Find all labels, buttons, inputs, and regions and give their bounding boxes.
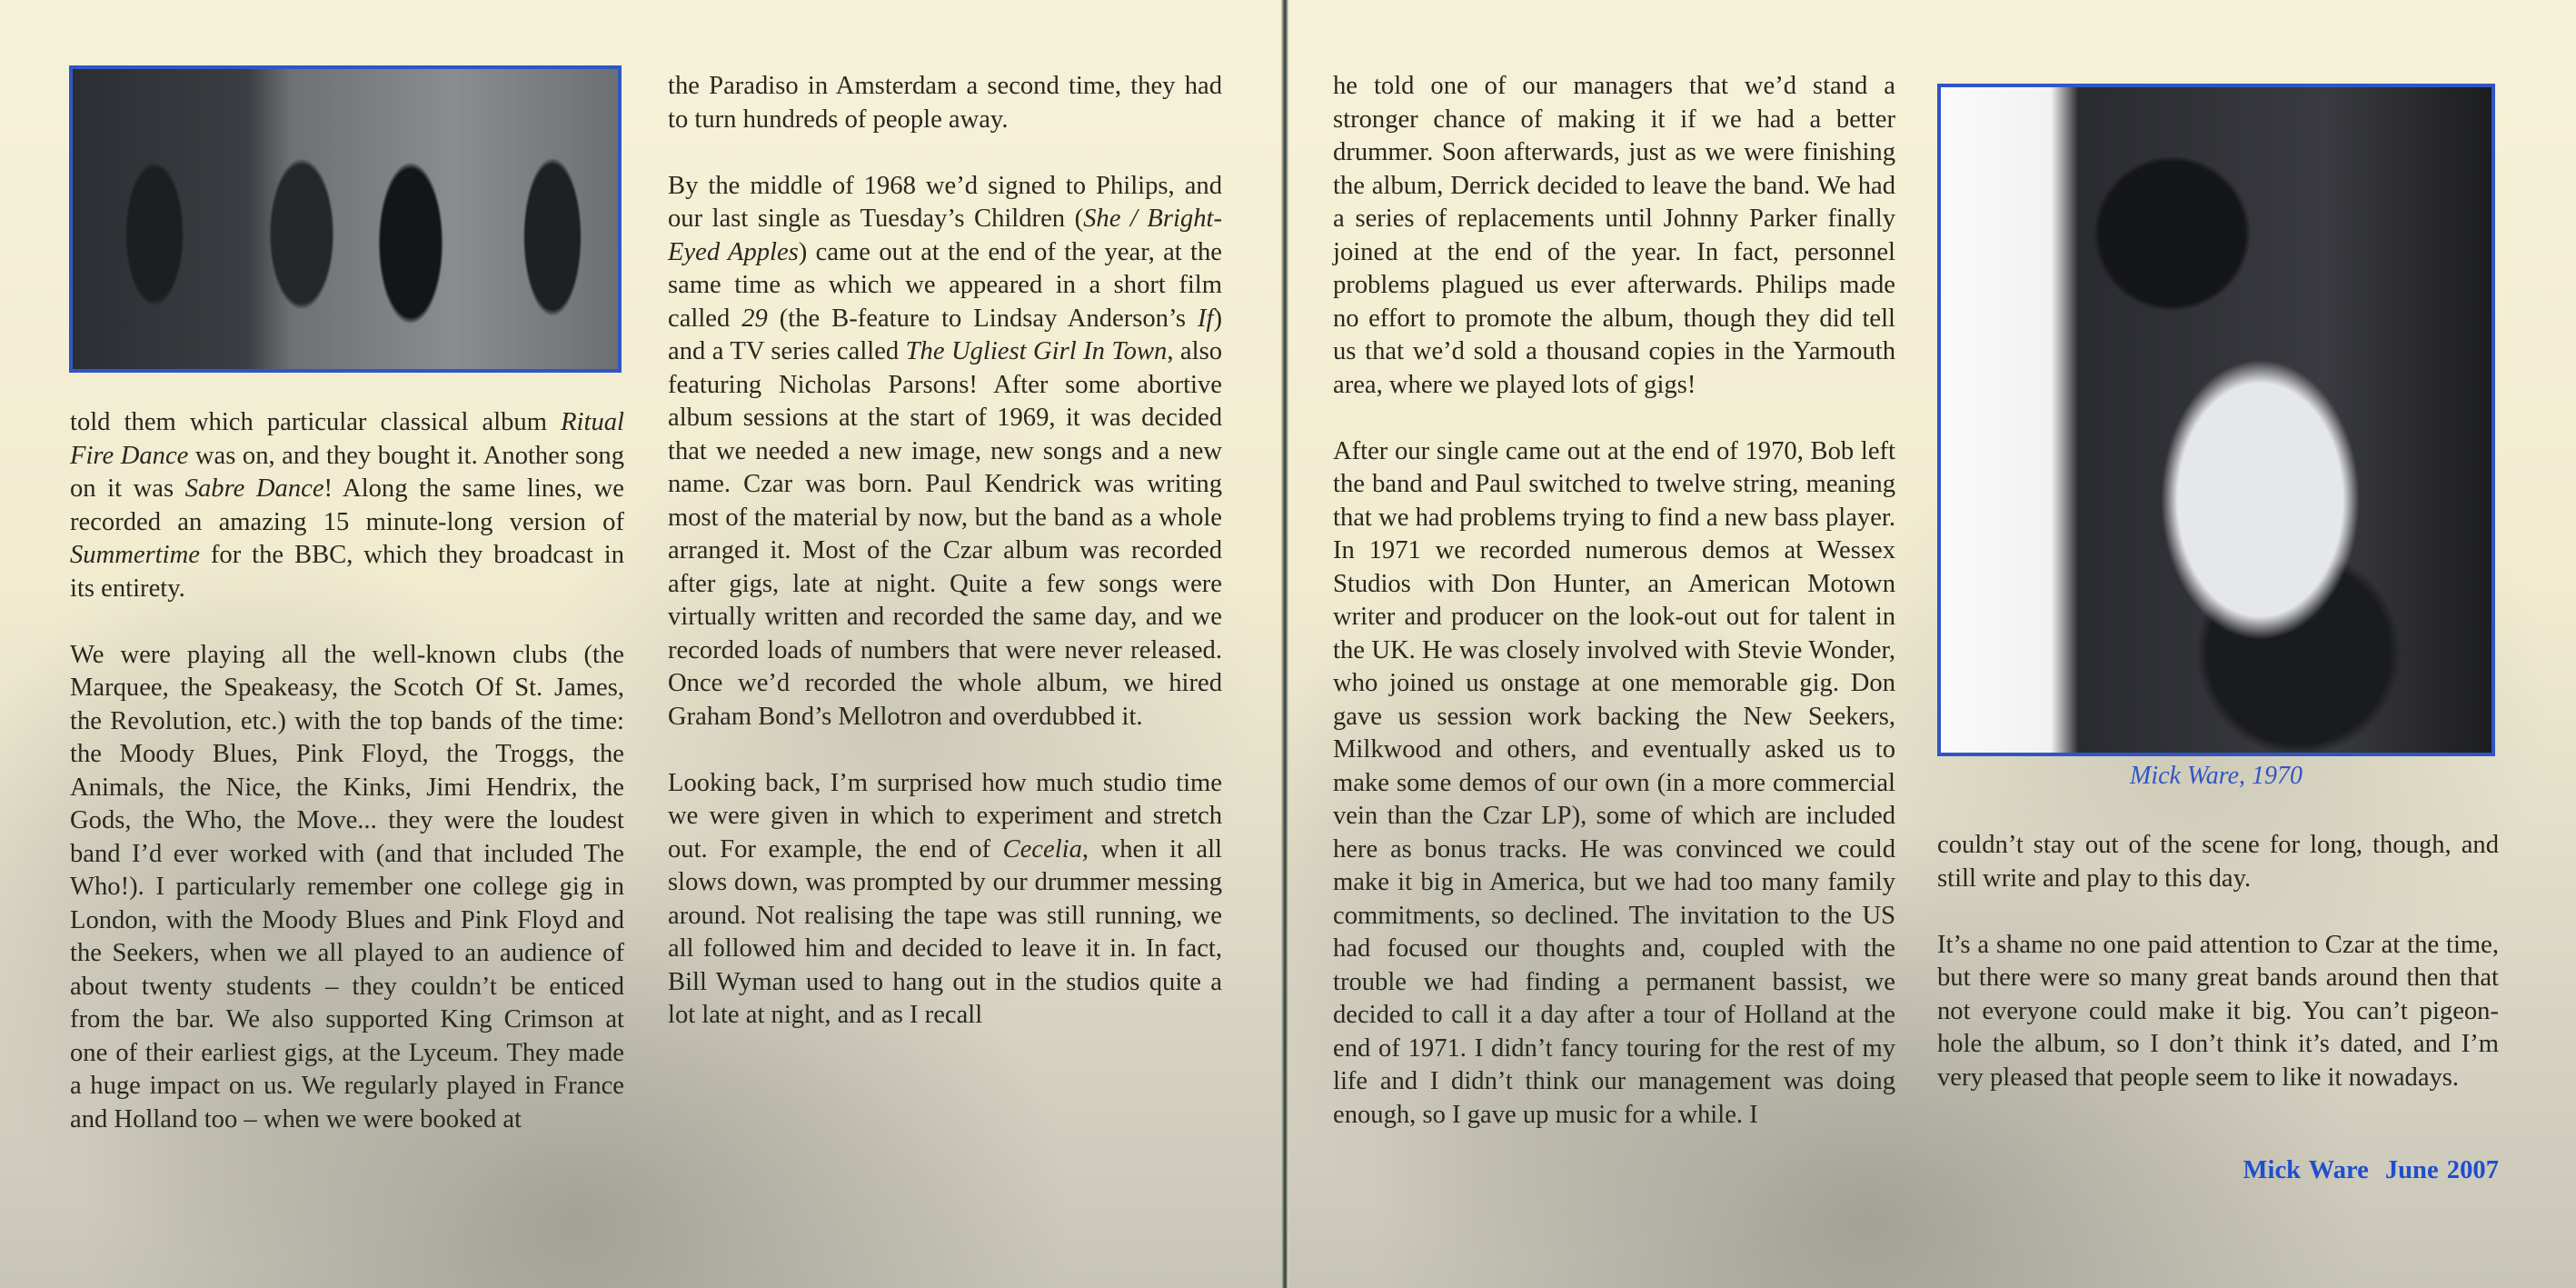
title-film-29: 29 [741,305,768,333]
title-tv-series: The Ugliest Girl In Town [906,337,1168,365]
signature-name: Mick Ware [2243,1156,2369,1184]
paragraph: couldn’t stay out of the scene for long,… [1937,829,2499,895]
paragraph: By the middle of 1968 we’d signed to Phi… [668,170,1222,734]
center-fold [1281,0,1288,1288]
paragraph: We were playing all the well-known clubs… [70,639,624,1137]
paragraph: It’s a shame no one paid attention to Cz… [1937,929,2499,1095]
title-sabre-dance: Sabre Dance [185,474,324,503]
mick-ware-photo-image [1941,87,2491,753]
text-column-4: couldn’t stay out of the scene for long,… [1937,829,2499,1128]
paragraph: the Paradiso in Amsterdam a second time,… [668,70,1222,136]
paragraph: told them which particular classical alb… [70,406,624,605]
band-photo-image [73,69,618,369]
mick-ware-photo [1937,84,2495,756]
left-page: told them which particular classical alb… [0,0,1283,1288]
title-film-if: If [1198,305,1213,333]
signature: Mick WareJune 2007 [2243,1154,2499,1187]
signature-date: June 2007 [2385,1156,2499,1184]
title-cecelia: Cecelia [1003,835,1082,864]
paragraph: he told one of our managers that we’d st… [1333,70,1895,402]
photo-caption: Mick Ware, 1970 [1937,760,2495,793]
text-column-2: the Paradiso in Amsterdam a second time,… [668,70,1222,1065]
text-column-3: he told one of our managers that we’d st… [1333,70,1895,1165]
text-column-1: told them which particular classical alb… [70,406,624,1170]
paragraph: After our single came out at the end of … [1333,435,1895,1133]
booklet-spread: told them which particular classical alb… [0,0,2576,1288]
band-photo [69,65,622,373]
paragraph: Looking back, I’m surprised how much stu… [668,767,1222,1033]
title-summertime: Summertime [70,541,200,569]
